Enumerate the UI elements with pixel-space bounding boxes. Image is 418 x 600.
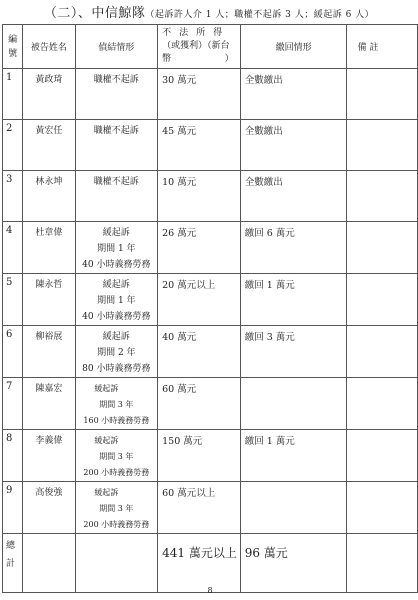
cell-paid: 繳回 6 萬元 <box>240 222 347 274</box>
table-row: 6 柳裕展 緩起訴 期間 2 年 80 小時義務勞務 40 萬元 繳回 3 萬元 <box>3 326 418 378</box>
result-line: 40 小時義務勞務 <box>76 257 158 273</box>
cell-note <box>347 274 418 326</box>
cell-result: 緩起訴 期間 3 年 200 小時義務勞務 <box>75 482 158 534</box>
cell-paid <box>240 482 347 534</box>
result-line: 職權不起訴 <box>76 123 158 139</box>
cell-name: 陳永哲 <box>23 274 75 326</box>
result-line: 職權不起訴 <box>76 72 158 88</box>
cell-note <box>347 326 418 378</box>
header-gain-line2: （或獲利）（新台 <box>162 40 240 53</box>
section-title-main: （二）、中信鯨隊 <box>44 6 146 21</box>
cell-gain: 60 萬元以上 <box>158 482 241 534</box>
cell-paid: 繳回 3 萬元 <box>240 326 347 378</box>
cell-result: 緩起訴 期間 3 年 160 小時義務勞務 <box>75 378 158 430</box>
cell-no: 4 <box>3 222 23 274</box>
total-label-line2: 計 <box>6 555 22 573</box>
cell-name: 高俊強 <box>23 482 75 534</box>
cell-result: 緩起訴 期間 3 年 200 小時義務勞務 <box>75 430 158 482</box>
cell-result: 職權不起訴 <box>75 69 158 120</box>
result-line: 期間 2 年 <box>76 345 158 361</box>
cell-result: 職權不起訴 <box>75 171 158 222</box>
cell-gain: 10 萬元 <box>158 171 241 222</box>
total-paid: 96 萬元 <box>240 534 347 593</box>
cell-paid: 全數繳出 <box>240 69 347 120</box>
cell-gain: 26 萬元 <box>158 222 241 274</box>
result-line: 緩起訴 <box>76 485 158 501</box>
result-line: 緩起訴 <box>76 329 158 345</box>
cell-paid: 全數繳出 <box>240 171 347 222</box>
cell-note <box>347 222 418 274</box>
total-gain: 441 萬元以上 <box>158 534 241 593</box>
cell-name: 杜章偉 <box>23 222 75 274</box>
table-row: 1 黃政琦 職權不起訴 30 萬元 全數繳出 <box>3 69 418 120</box>
header-illegal-gain: 不法所得 （或獲利）（新台 幣 ） <box>158 25 241 69</box>
result-line: 80 小時義務勞務 <box>76 361 158 377</box>
total-note-empty <box>347 534 418 593</box>
header-gain-line3b: ） <box>225 53 234 66</box>
cell-name: 林永坤 <box>23 171 75 222</box>
result-line: 期間 3 年 <box>76 397 158 413</box>
table-row: 3 林永坤 職權不起訴 10 萬元 全數繳出 <box>3 171 418 222</box>
cell-note <box>347 120 418 171</box>
header-paid: 繳回情形 <box>240 25 347 69</box>
cell-gain: 150 萬元 <box>158 430 241 482</box>
cell-name: 黃政琦 <box>23 69 75 120</box>
total-row: 總 計 441 萬元以上 96 萬元 <box>3 534 418 593</box>
table-row: 9 高俊強 緩起訴 期間 3 年 200 小時義務勞務 60 萬元以上 <box>3 482 418 534</box>
result-line: 200 小時義務勞務 <box>76 465 158 481</box>
header-name: 被告姓名 <box>23 25 75 69</box>
result-line: 緩起訴 <box>76 225 158 241</box>
header-no-line2: 號 <box>3 47 22 61</box>
result-line: 期間 3 年 <box>76 501 158 517</box>
header-note: 備 註 <box>347 25 418 69</box>
header-gain-line1: 不法所得 <box>162 27 240 40</box>
cell-result: 緩起訴 期間 1 年 40 小時義務勞務 <box>75 274 158 326</box>
header-no-line1: 編 <box>3 33 22 47</box>
header-gain-line3: 幣 ） <box>162 53 240 66</box>
result-line: 160 小時義務勞務 <box>76 413 158 429</box>
table-row: 7 陳嘉宏 緩起訴 期間 3 年 160 小時義務勞務 60 萬元 <box>3 378 418 430</box>
cell-note <box>347 69 418 120</box>
cell-gain: 60 萬元 <box>158 378 241 430</box>
defendant-table: 編 號 被告姓名 偵結情形 不法所得 （或獲利）（新台 幣 ） 繳回情形 備 註… <box>2 24 418 593</box>
total-result-empty <box>75 534 158 593</box>
table-row: 5 陳永哲 緩起訴 期間 1 年 40 小時義務勞務 20 萬元以上 繳回 1 … <box>3 274 418 326</box>
cell-name: 黃宏任 <box>23 120 75 171</box>
cell-note <box>347 378 418 430</box>
cell-name: 柳裕展 <box>23 326 75 378</box>
section-title-summary: （起訴許人介 1 人；職權不起訴 3 人；緩起訴 6 人） <box>145 10 374 20</box>
cell-paid <box>240 378 347 430</box>
cell-no: 2 <box>3 120 23 171</box>
table-header-row: 編 號 被告姓名 偵結情形 不法所得 （或獲利）（新台 幣 ） 繳回情形 備 註 <box>3 25 418 69</box>
total-name-empty <box>23 534 75 593</box>
cell-name: 李義偉 <box>23 430 75 482</box>
cell-note <box>347 171 418 222</box>
result-line: 200 小時義務勞務 <box>76 517 158 533</box>
cell-paid: 繳回 1 萬元 <box>240 430 347 482</box>
cell-no: 8 <box>3 430 23 482</box>
cell-result: 緩起訴 期間 2 年 80 小時義務勞務 <box>75 326 158 378</box>
cell-result: 緩起訴 期間 1 年 40 小時義務勞務 <box>75 222 158 274</box>
total-label-line1: 總 <box>6 537 22 555</box>
cell-gain: 30 萬元 <box>158 69 241 120</box>
header-gain-line3a: 幣 <box>162 53 171 66</box>
cell-note <box>347 430 418 482</box>
cell-gain: 40 萬元 <box>158 326 241 378</box>
table-row: 2 黃宏任 職權不起訴 45 萬元 全數繳出 <box>3 120 418 171</box>
result-line: 40 小時義務勞務 <box>76 309 158 325</box>
cell-no: 3 <box>3 171 23 222</box>
cell-no: 6 <box>3 326 23 378</box>
result-line: 職權不起訴 <box>76 174 158 190</box>
header-result: 偵結情形 <box>75 25 158 69</box>
cell-gain: 20 萬元以上 <box>158 274 241 326</box>
table-row: 4 杜章偉 緩起訴 期間 1 年 40 小時義務勞務 26 萬元 繳回 6 萬元 <box>3 222 418 274</box>
result-line: 期間 3 年 <box>76 449 158 465</box>
result-line: 期間 1 年 <box>76 241 158 257</box>
table-row: 8 李義偉 緩起訴 期間 3 年 200 小時義務勞務 150 萬元 繳回 1 … <box>3 430 418 482</box>
result-line: 緩起訴 <box>76 433 158 449</box>
cell-paid: 全數繳出 <box>240 120 347 171</box>
result-line: 期間 1 年 <box>76 293 158 309</box>
cell-name: 陳嘉宏 <box>23 378 75 430</box>
total-label: 總 計 <box>3 534 23 593</box>
result-line: 緩起訴 <box>76 277 158 293</box>
result-line: 緩起訴 <box>76 381 158 397</box>
cell-no: 7 <box>3 378 23 430</box>
section-title: （二）、中信鯨隊（起訴許人介 1 人；職權不起訴 3 人；緩起訴 6 人） <box>0 2 418 21</box>
cell-note <box>347 482 418 534</box>
cell-no: 9 <box>3 482 23 534</box>
cell-result: 職權不起訴 <box>75 120 158 171</box>
page-number: 8 <box>205 586 215 595</box>
cell-gain: 45 萬元 <box>158 120 241 171</box>
cell-no: 5 <box>3 274 23 326</box>
cell-paid: 繳回 1 萬元 <box>240 274 347 326</box>
cell-no: 1 <box>3 69 23 120</box>
header-no: 編 號 <box>3 25 23 69</box>
